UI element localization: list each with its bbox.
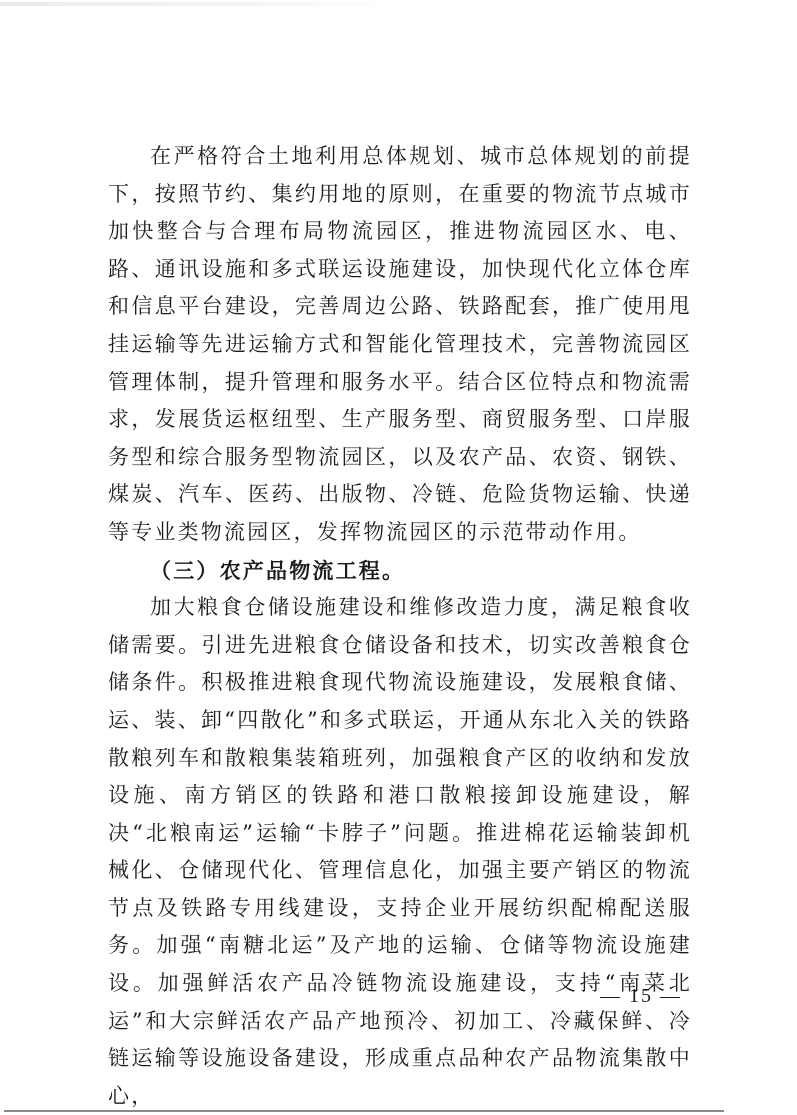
page-number: — 15 — bbox=[600, 985, 682, 1008]
section-heading-agricultural-logistics: （三）农产品物流工程。 bbox=[108, 552, 692, 590]
paragraph-logistics-parks: 在严格符合土地利用总体规划、城市总体规划的前提下，按照节约、集约用地的原则，在重… bbox=[108, 138, 692, 552]
document-body: 在严格符合土地利用总体规划、城市总体规划的前提下，按照节约、集约用地的原则，在重… bbox=[108, 138, 692, 1115]
scan-artifact-bottom bbox=[4, 1110, 724, 1112]
scan-artifact-top bbox=[0, 2, 400, 6]
paragraph-agricultural-logistics: 加大粮食仓储设施建设和维修改造力度，满足粮食收储需要。引进先进粮食仓储设备和技术… bbox=[108, 589, 692, 1115]
